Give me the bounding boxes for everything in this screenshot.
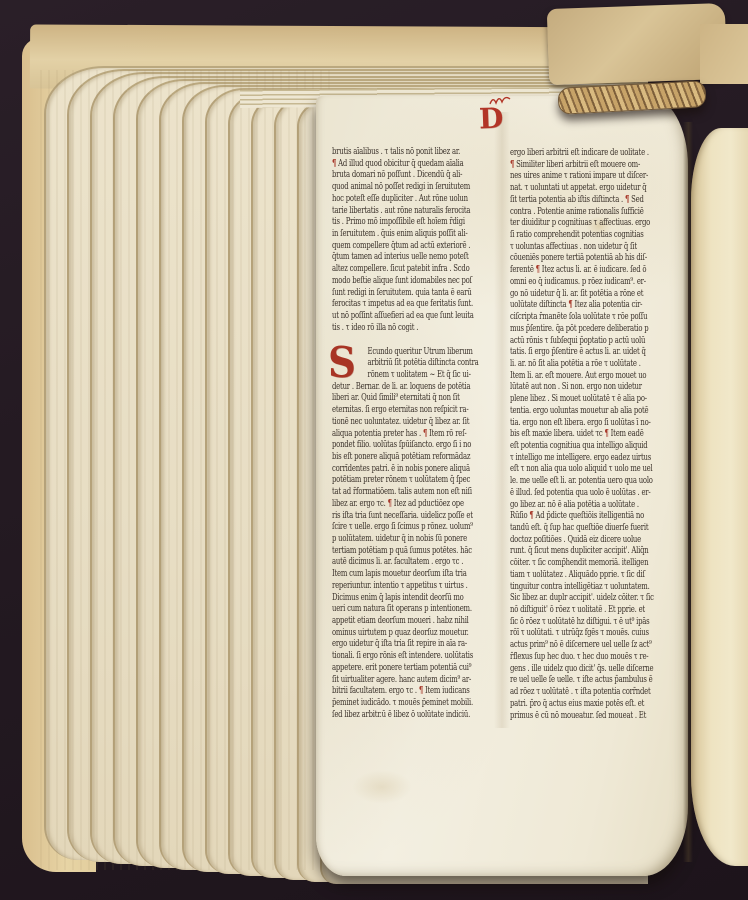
text-line: nat. τ uoluntati ut appetat. ergo uidetu… (510, 182, 640, 194)
text-line: aliqua potentia preter has . ¶ Item rō r… (332, 428, 452, 440)
text-line: Ecundo queritur Utrum liberum (332, 346, 452, 358)
text-line: libez ar. ergo τc. ¶ Itez ad pductiōez o… (332, 498, 452, 510)
text-line: tatis. ſi ergo p̄ſentire ē actus li. ar.… (510, 346, 640, 358)
photo-background: D brutis aīalibus . τ talis nō ponit lib… (0, 0, 748, 900)
text-line: bitrii facultatem. ergo τc . ¶ Item iudi… (332, 685, 452, 697)
text-line: ſunt redigi in ſeruitutem. quia tanta ē … (332, 287, 452, 299)
text-line: τ uoluntas affectiuas . non uidetur q̄ ſ… (510, 241, 640, 253)
text-line: re uel uelle ſe uelle. τ iſte actus p̄am… (510, 674, 640, 686)
text-line: ſcire τ uelle. ergo ſi ſcimus p rōnez. u… (332, 521, 452, 533)
text-line: Item li. ar. eſt mouere. Aut ergo mouet … (510, 370, 640, 382)
text-line: r̄flexus ſup hec duo. τ hec duo mouēs τ … (510, 651, 640, 663)
text-line: nō diſtiguit' ō rōez τ uolitatē . Et ppr… (510, 604, 640, 616)
text-line: τ intelligo me intelligere. ergo eadez u… (510, 452, 640, 464)
text-line: plene libez . Si mouet uolūtatē τ ē alia… (510, 393, 640, 405)
text-line: q̄tum tamen ad interius uelle nemo poteſ… (332, 251, 452, 263)
text-line: reperiuntur. intentio τ appetitus τ uirt… (332, 580, 452, 592)
text-line: tionē nec uoluntatez. uidetur q̄ libez a… (332, 416, 452, 428)
text-line: rōī τ uolūtati. τ utrūq̄z fgēs τ mouēs. … (510, 627, 640, 639)
signature-letter: D (478, 102, 503, 136)
text-line: ergo uidetur q̄ iſta tria ſit repire in … (332, 638, 452, 650)
text-line: ris iſta tria ſunt neceſſaria. uidelicz … (332, 510, 452, 522)
text-line: actū rōnis τ ſubſequi p̄optatio p actū u… (510, 335, 640, 347)
text-line: le. me uelle eſt li. ar. potentia uero q… (510, 475, 640, 487)
text-line: detur . Bernar. de li. ar. loquens de po… (332, 381, 452, 393)
text-line: quem compellere q̄tum ad actū exteriorē … (332, 240, 452, 252)
text-line: pondet filio. uolūtas ſpūiſancto. ergo ſ… (332, 439, 452, 451)
text-line: doctoz poſitiōes . Quidā eiz dicere uolu… (510, 534, 640, 546)
text-line: Dicimus enim q̄ lapis intendit deorſū mo (332, 592, 452, 604)
text-line: ¶ Similiter liberi arbitrii eſt mouere o… (510, 159, 640, 171)
text-line: patri. p̄ro q̄ actus eius maxie potēs eſ… (510, 698, 640, 710)
text-line: ter diuiditur p cognitiuas τ affectiuas.… (510, 217, 640, 229)
text-line: Sic libez ar. duplr accipit'. uidelz cōi… (510, 592, 640, 604)
text-line: p̄eminet iudicādo. τ mouēs p̄eminet mobi… (332, 697, 452, 709)
text-line: tandū eſt. q̄ ſup hac queſtiōe diuerſe f… (510, 522, 640, 534)
text-line: ſit uirtualiter agere. hanc autem dicim⁹… (332, 674, 452, 686)
text-line: tinguitur contra intelligētiaz τ uolunta… (510, 581, 640, 593)
text-line: omni eo q̄ iudicamus. p rōez iudicam⁹. e… (510, 276, 640, 288)
text-line: contra . Potentie anime rationalis ſuffi… (510, 206, 640, 218)
text-line: altez compellere. ſicut patebit infra . … (332, 263, 452, 275)
text-line: tis . Primo mō impoſſibile eſt hoīem r̄d… (332, 216, 452, 228)
text-line: ſic ō rōez τ uolūtatē hz diſtigui. τ ē u… (510, 616, 640, 628)
paragraph: brutis aīalibus . τ talis nō ponit libez… (332, 146, 494, 334)
text-line: tentia. ergo uoluntas mouetur ab alia po… (510, 405, 640, 417)
text-line: ciſcripta r̄manēte ſola uolūtate τ rōe p… (510, 311, 640, 323)
text-line: tia. ergo non eſt libera. ergo ſi uolūta… (510, 417, 640, 429)
text-line: tionali. ſi ergo rōnis eſt intendere. uo… (332, 650, 452, 662)
text-line: ſed libez arbitr.ū ē libez ō uolūtate in… (332, 709, 452, 721)
text-line: tertiam potētiam p quā ſumus potētes. hā… (332, 545, 452, 557)
text-line: ē illud. ſed potentia qua uolo ē uolūtas… (510, 487, 640, 499)
text-line: ferentē ¶ Itez actus li. ar. ē iudicare.… (510, 264, 640, 276)
text-line: bis eſt maxie libera. uidet τc ¶ Item ea… (510, 428, 640, 440)
paragraph: ergo liberi arbitrii eſt indicare de uol… (510, 147, 686, 721)
paragraph: S Ecundo queritur Utrum liberumarbitriū … (332, 346, 494, 721)
text-line: ¶ Ad illud quod obicitur q̄ quedam aīali… (332, 158, 452, 170)
text-line: go libez ar. nō ē alia potētia a uolūtat… (510, 499, 640, 511)
text-line: mus p̄ſentire. q̄a pōt pcedere deliberat… (510, 323, 640, 335)
text-line: p uolūtatem. uidetur q̄ in nobis ſū pone… (332, 533, 452, 545)
text-column-left: brutis aīalibus . τ talis nō ponit libez… (332, 146, 494, 721)
text-line: gens . ille uidelz quo dicit' q̄s. uelle… (510, 663, 640, 675)
text-line: nes uires anime τ rationi impare ut diſc… (510, 170, 640, 182)
text-line: ſi ratio comprehendit potentias cognitia… (510, 229, 640, 241)
text-column-right: ergo liberi arbitrii eſt indicare de uol… (510, 147, 686, 721)
text-line: eſt potentia cognitiua qua intelligo ali… (510, 440, 640, 452)
text-line: tat ad r̄formatiōem. talis autem non eſt… (332, 486, 452, 498)
text-line: liberi ar. Quid ſimili⁹ eternitati q̄ no… (332, 392, 452, 404)
text-line: appetere. erit ponere tertiam potentiā c… (332, 662, 452, 674)
text-line: Rūſio ¶ Ad p̄dicte queſtiōis itelligenti… (510, 510, 640, 522)
text-line: ad rōez τ uolūtatē . τ iſta potentia cor… (510, 686, 640, 698)
text-line: tiam τ uolūtatez . Aliquādo pprie. τ ſic… (510, 569, 640, 581)
text-line: autē dicimus li. ar. facultatem . ergo τ… (332, 556, 452, 568)
text-line: ergo liberi arbitrii eſt indicare de uol… (510, 147, 640, 159)
text-line: ferocitas τ impetus ad ea que feritatis … (332, 298, 452, 310)
facing-page-fore-edge (691, 128, 748, 866)
text-line: go nō uidetur q̄ li. ar. ſit potētia a r… (510, 288, 640, 300)
text-line: eternitas. ſi ergo eternitas non reſpici… (332, 404, 452, 416)
text-line: cōiter. τ ſic comp̄hendit memoriā. itell… (510, 557, 640, 569)
text-line: li. ar. nō ſit alia potētia a rōe τ uolū… (510, 358, 640, 370)
text-line: brutis aīalibus . τ talis nō ponit libez… (332, 146, 452, 158)
text-line: ueri cum natura ſit operans p intentione… (332, 603, 452, 615)
text-line: cōueniēs ponere tertiā potentiā ab his d… (510, 252, 640, 264)
text-line: tarie libertatis . aut rōne naturalis fe… (332, 205, 452, 217)
text-line: potētiam preter rōnem τ uolūtatem q̄ ſpe… (332, 474, 452, 486)
text-line: appetit etiam deorſum moueri . habz nihi… (332, 615, 452, 627)
column-gutter-shading (494, 112, 510, 728)
text-line: modo beſtie alique ſunt idomabiles nec p… (332, 275, 452, 287)
text-line: eſt τ non alia qua uolo aliquid τ uolo m… (510, 463, 640, 475)
text-line: arbitriū ſit potētia diſtincta contra (332, 357, 452, 369)
text-line: primus ē cū nō moueatur. ſed moueat . Et (510, 710, 640, 722)
text-line: bruta domari nō poſſunt . Dicendū q̄ ali… (332, 169, 452, 181)
text-line: ominus uirtutem p quaz deorſuz mouetur. (332, 627, 452, 639)
text-line: in ſeruitutem . q̄uis enim aliquis poſſi… (332, 228, 452, 240)
text-line: bis eſt ponere aliquā potētiam reformāda… (332, 451, 452, 463)
text-line: hoc poteſt eſſe dupliciter . Aut rōne uo… (332, 193, 452, 205)
text-line: ut nō poſſint aſſuefieri ad ea que ſunt … (332, 310, 452, 322)
text-line: lūtatē aut non . Si non. ergo non uidetu… (510, 381, 640, 393)
text-line: tis . τ ideo rō illa nō cogit . (332, 322, 452, 334)
text-line: rōnem τ uolitatem ~ Et q̄ ſic ui- (332, 369, 452, 381)
text-line: corrīdentes patri. ē in nobis ponere ali… (332, 463, 452, 475)
text-line: ſit tertia potentia ab iſtis diſtincta .… (510, 194, 640, 206)
text-line: uolūtate diſtincta ¶ Itez alia potentia … (510, 299, 640, 311)
text-line: runt. q̄ ſicut mens dupliciter accipit'.… (510, 545, 640, 557)
paragraph-lines: Ecundo queritur Utrum liberumarbitriū ſi… (332, 346, 494, 721)
text-line: Item cum lapis mouetur deorſum iſta tria (332, 568, 452, 580)
vellum-cover-corner (700, 24, 748, 84)
text-line: actus prim⁹ nō ē diſcernere uel uelle ſz… (510, 639, 640, 651)
text-line: quod animal nō poſſet redigi in ſeruitut… (332, 181, 452, 193)
